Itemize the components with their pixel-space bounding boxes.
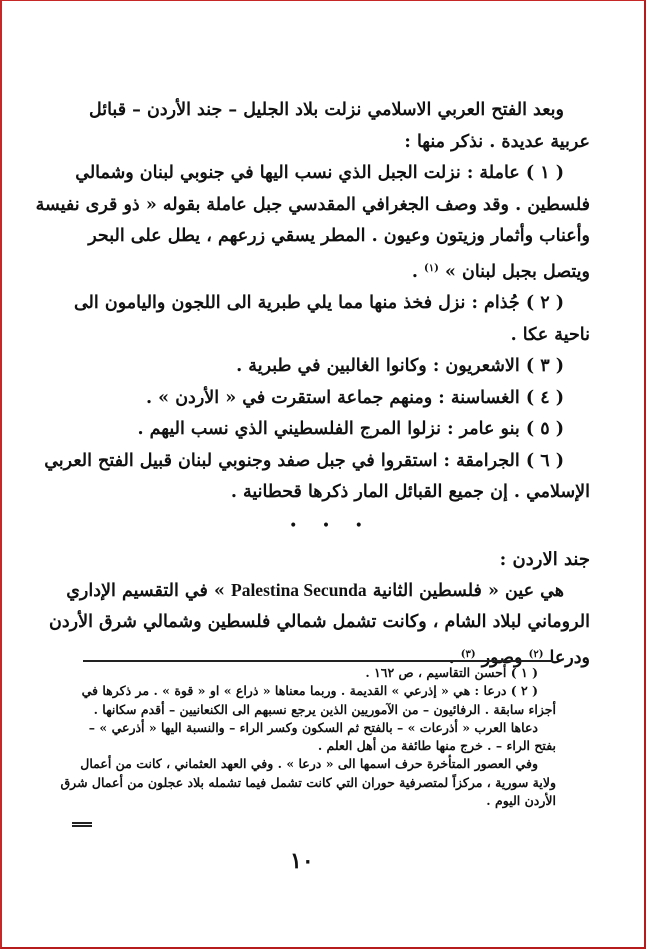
footnote-2-line-3: دعاها العرب « أذرعات » – بالفتح ثم السكو… [72,719,556,737]
section-line-1-pre: هي عين « فلسطين الثانية [373,581,564,601]
tribe-1-line-3: وأعناب وأثمار وزيتون وعيون . المطر يسقي … [72,221,590,253]
tribe-5-name: بنو عامر [460,419,520,439]
tribe-6-line-1: ( ٦ ) الجرامقة : استقروا في جبل صفد وجنو… [72,446,590,478]
tribe-2-line-2: ناحية عكا . [72,320,590,352]
latin-term: Palestina Secunda [231,580,367,600]
footnote-2-line-5: وفي العصور المتأخرة حرف اسمها الى « درعا… [72,755,556,773]
footnote-1: ( ١ ) أحسن التقاسيم ، ص ١٦٢ . [72,664,556,682]
tribe-2-line-1: ( ٢ ) جُذام : نزل فخذ منها مما يلي طبرية… [72,288,590,320]
footnote-2-line-1: ( ٢ ) درعا : هي « إذرعي » القديمة . وربم… [72,682,556,700]
tribe-1-text: : نزلت الجبل الذي نسب اليها في جنوبي لبن… [75,163,473,183]
tribe-1-text-end: ويتصل بجبل لبنان » [445,262,590,282]
footnote-ref-1[interactable]: (١) [424,263,439,274]
footnotes: ( ١ ) أحسن التقاسيم ، ص ١٦٢ . ( ٢ ) درعا… [72,664,556,810]
tribe-6-text: : استقروا في جبل صفد وجنوبي لبنان قبيل ا… [44,451,450,471]
tribe-4-line: ( ٤ ) الغساسنة : ومنهم جماعة استقرت في «… [72,383,590,415]
page-number: ١٠ [290,848,314,874]
tribe-2-text: : نزل فخذ منها مما يلي طبرية الى اللجون … [74,293,478,313]
footnote-2-line-2: أجزاء سابقة . الرفائيون – من الآموريين ا… [72,701,556,719]
footnote-2-line-4: بفتح الراء – . خرج منها طائفة من أهل الع… [72,737,556,755]
tribe-6-name: الجرامقة [456,451,520,471]
intro-line-2: عربية عديدة . نذكر منها : [72,127,590,159]
intro-line-1: وبعد الفتح العربي الاسلامي نزلت بلاد الج… [72,95,590,127]
tribe-1-line-1: ( ١ ) عاملة : نزلت الجبل الذي نسب اليها … [72,158,590,190]
tribe-2-name: جُذام [484,293,520,313]
section-line-1-post: » في التقسيم الإداري [66,581,225,601]
footnote-ref-3[interactable]: (٣) [461,649,476,660]
tribe-1-name: عاملة [479,163,519,183]
section-heading: جند الاردن : [72,545,590,575]
tribe-6-number: ( ٦ ) [526,451,564,471]
page-body: وبعد الفتح العربي الاسلامي نزلت بلاد الج… [72,95,590,674]
tribe-3-name: الاشعريون [445,356,519,376]
tribe-1-line-2: فلسطين . وقد وصف الجغرافي المقدسي جبل عا… [72,190,590,222]
footnote-ref-2[interactable]: (٢) [529,649,544,660]
tribe-5-text: : نزلوا المرج الفلسطيني الذي نسب اليهم . [137,419,453,439]
footnote-2-line-7: الأردن اليوم . [72,792,556,810]
tribe-6-line-2: الإسلامي . إن جميع القبائل المار ذكرها ق… [72,477,590,509]
tribe-4-text: : ومنهم جماعة استقرت في « الأردن » . [146,388,445,408]
footnote-divider [83,660,553,662]
footnote-2-line-6: ولاية سورية ، مركزاً لمتصرفية حوران التي… [72,774,556,792]
tribe-1-tail: . [412,262,424,282]
tribe-3-number: ( ٣ ) [526,356,564,376]
section-separator: • • • [72,511,590,541]
tribe-2-number: ( ٢ ) [526,293,564,313]
tribe-3-line: ( ٣ ) الاشعريون : وكانوا الغالبين في طبر… [72,351,590,383]
tribe-5-line: ( ٥ ) بنو عامر : نزلوا المرج الفلسطيني ا… [72,414,590,446]
tribe-4-name: الغساسنة [451,388,520,408]
tribe-3-text: : وكانوا الغالبين في طبرية . [236,356,439,376]
double-rule-mark [72,822,92,827]
section-line-2: الروماني لبلاد الشام ، وكانت تشمل شمالي … [72,607,590,639]
section-line-1: هي عين « فلسطين الثانية Palestina Secund… [72,575,590,608]
tribe-4-number: ( ٤ ) [526,388,564,408]
tribe-5-number: ( ٥ ) [526,419,564,439]
tribe-1-number: ( ١ ) [526,163,564,183]
tribe-1-line-4: ويتصل بجبل لبنان » (١) . [72,253,590,289]
